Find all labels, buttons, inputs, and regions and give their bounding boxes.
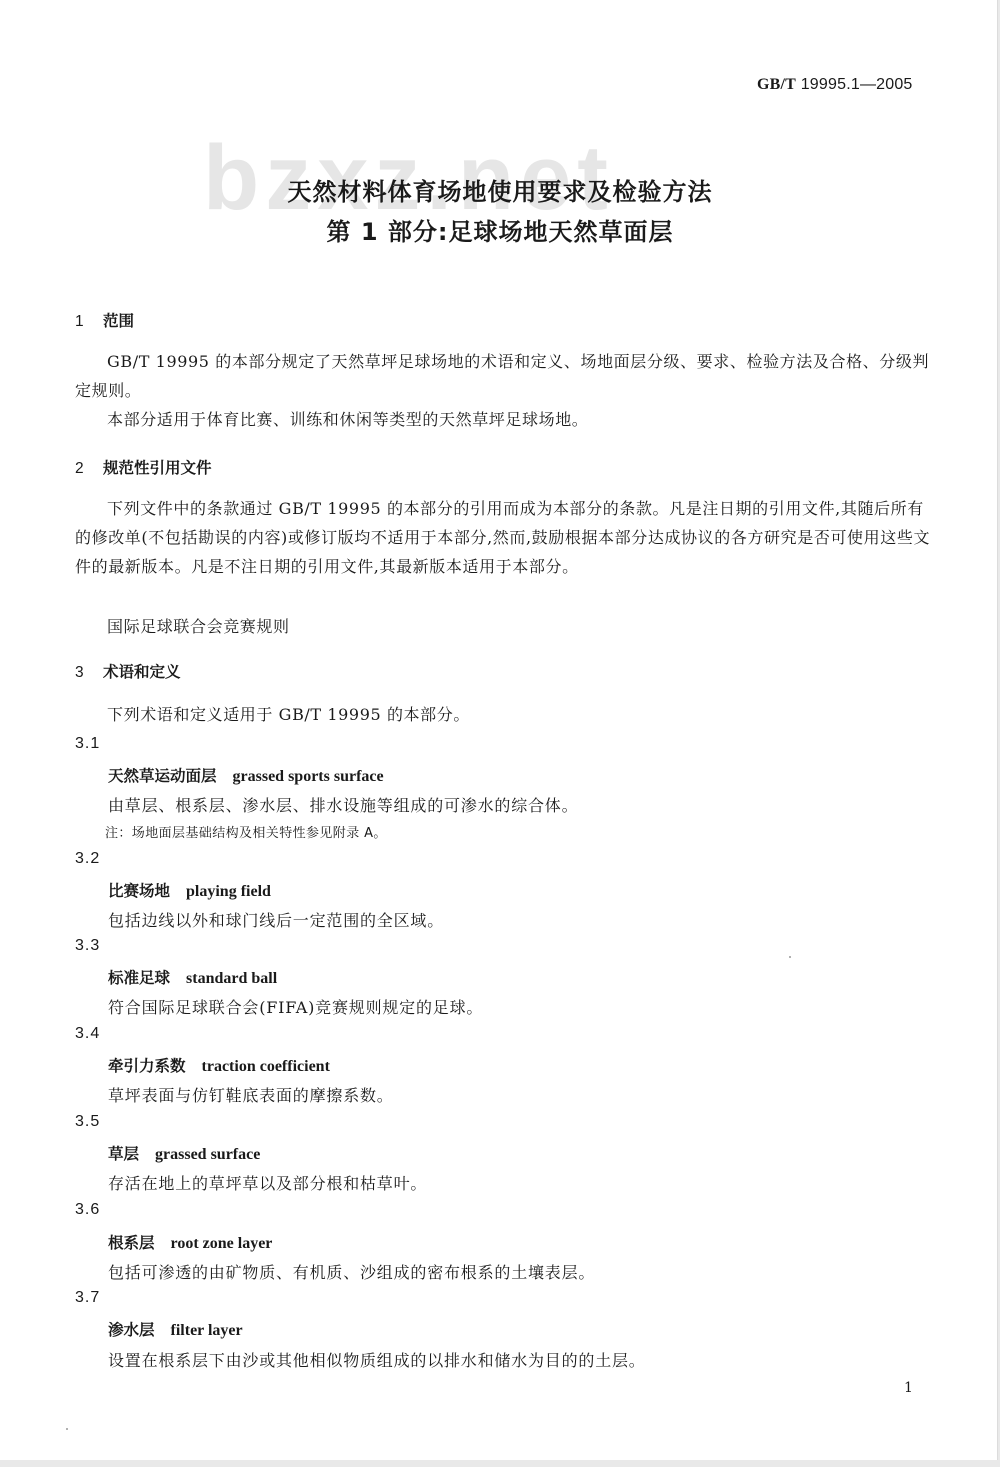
document-page: GB/T 19995.1—2005 bzxz.net 天然材料体育场地使用要求及… — [0, 0, 998, 1460]
term-heading: 比赛场地playing field — [108, 879, 271, 901]
section-title: 范围 — [103, 312, 134, 330]
clause-number: 3.3 — [75, 937, 100, 955]
scan-speck — [789, 956, 791, 958]
term-heading: 天然草运动面层grassed sports surface — [108, 764, 384, 786]
terms-intro-paragraph: 下列术语和定义适用于 GB/T 19995 的本部分。 — [75, 700, 935, 729]
term-heading: 草层grassed surface — [108, 1142, 260, 1164]
term-definition: 符合国际足球联合会(FIFA)竞赛规则规定的足球。 — [108, 995, 483, 1018]
term-zh: 草层 — [108, 1145, 139, 1163]
section-number: 2 — [75, 460, 103, 478]
term-definition: 由草层、根系层、渗水层、排水设施等组成的可渗水的综合体。 — [108, 793, 578, 816]
term-heading: 根系层root zone layer — [108, 1231, 272, 1253]
term-zh: 比赛场地 — [108, 882, 170, 900]
term-en: traction coefficient — [202, 1058, 330, 1075]
clause-number: 3.2 — [75, 850, 100, 868]
document-title-line1: 天然材料体育场地使用要求及检验方法 — [0, 172, 1000, 207]
clause-number: 3.4 — [75, 1025, 100, 1043]
term-zh: 渗水层 — [108, 1321, 155, 1339]
term-note: 注：场地面层基础结构及相关特性参见附录 A。 — [105, 822, 387, 841]
page-number: 1 — [904, 1380, 913, 1396]
scan-speck — [66, 1428, 68, 1430]
document-title-line2: 第 1 部分:足球场地天然草面层 — [0, 212, 1000, 247]
term-definition: 存活在地上的草坪草以及部分根和枯草叶。 — [108, 1171, 427, 1194]
term-en: root zone layer — [171, 1235, 273, 1252]
references-paragraph-1: 下列文件中的条款通过 GB/T 19995 的本部分的引用而成为本部分的条款。凡… — [75, 494, 935, 581]
clause-number: 3.1 — [75, 735, 100, 753]
term-definition: 包括边线以外和球门线后一定范围的全区域。 — [108, 908, 444, 931]
term-zh: 天然草运动面层 — [108, 767, 217, 785]
clause-number: 3.7 — [75, 1289, 100, 1307]
term-heading: 标准足球standard ball — [108, 966, 277, 988]
scope-paragraph-2: 本部分适用于体育比赛、训练和休闲等类型的天然草坪足球场地。 — [75, 405, 935, 434]
section-title: 术语和定义 — [103, 663, 181, 681]
term-en: filter layer — [171, 1322, 243, 1339]
term-en: playing field — [186, 883, 271, 900]
term-definition: 包括可渗透的由矿物质、有机质、沙组成的密布根系的土壤表层。 — [108, 1260, 595, 1283]
section-heading-scope: 1范围 — [75, 309, 134, 331]
term-zh: 标准足球 — [108, 969, 170, 987]
section-title: 规范性引用文件 — [103, 459, 212, 477]
standard-code: GB/T 19995.1—2005 — [757, 76, 913, 94]
term-zh: 根系层 — [108, 1234, 155, 1252]
section-number: 1 — [75, 313, 103, 331]
term-zh: 牵引力系数 — [108, 1057, 186, 1075]
term-en: standard ball — [186, 970, 277, 987]
term-heading: 牵引力系数traction coefficient — [108, 1054, 330, 1076]
standard-number: 19995.1—2005 — [801, 76, 913, 93]
clause-number: 3.6 — [75, 1201, 100, 1219]
section-number: 3 — [75, 664, 103, 682]
references-item-fifa-rules: 国际足球联合会竞赛规则 — [75, 612, 935, 641]
section-heading-terms-definitions: 3术语和定义 — [75, 660, 181, 682]
term-definition: 设置在根系层下由沙或其他相似物质组成的以排水和储水为目的的土层。 — [108, 1348, 646, 1371]
scope-paragraph-1: GB/T 19995 的本部分规定了天然草坪足球场地的术语和定义、场地面层分级、… — [75, 347, 935, 405]
term-en: grassed sports surface — [233, 768, 384, 785]
term-en: grassed surface — [155, 1146, 260, 1163]
section-heading-normative-references: 2规范性引用文件 — [75, 456, 212, 478]
standard-prefix: GB/T — [757, 76, 796, 93]
clause-number: 3.5 — [75, 1113, 100, 1131]
term-definition: 草坪表面与仿钉鞋底表面的摩擦系数。 — [108, 1083, 394, 1106]
term-heading: 渗水层filter layer — [108, 1318, 243, 1340]
